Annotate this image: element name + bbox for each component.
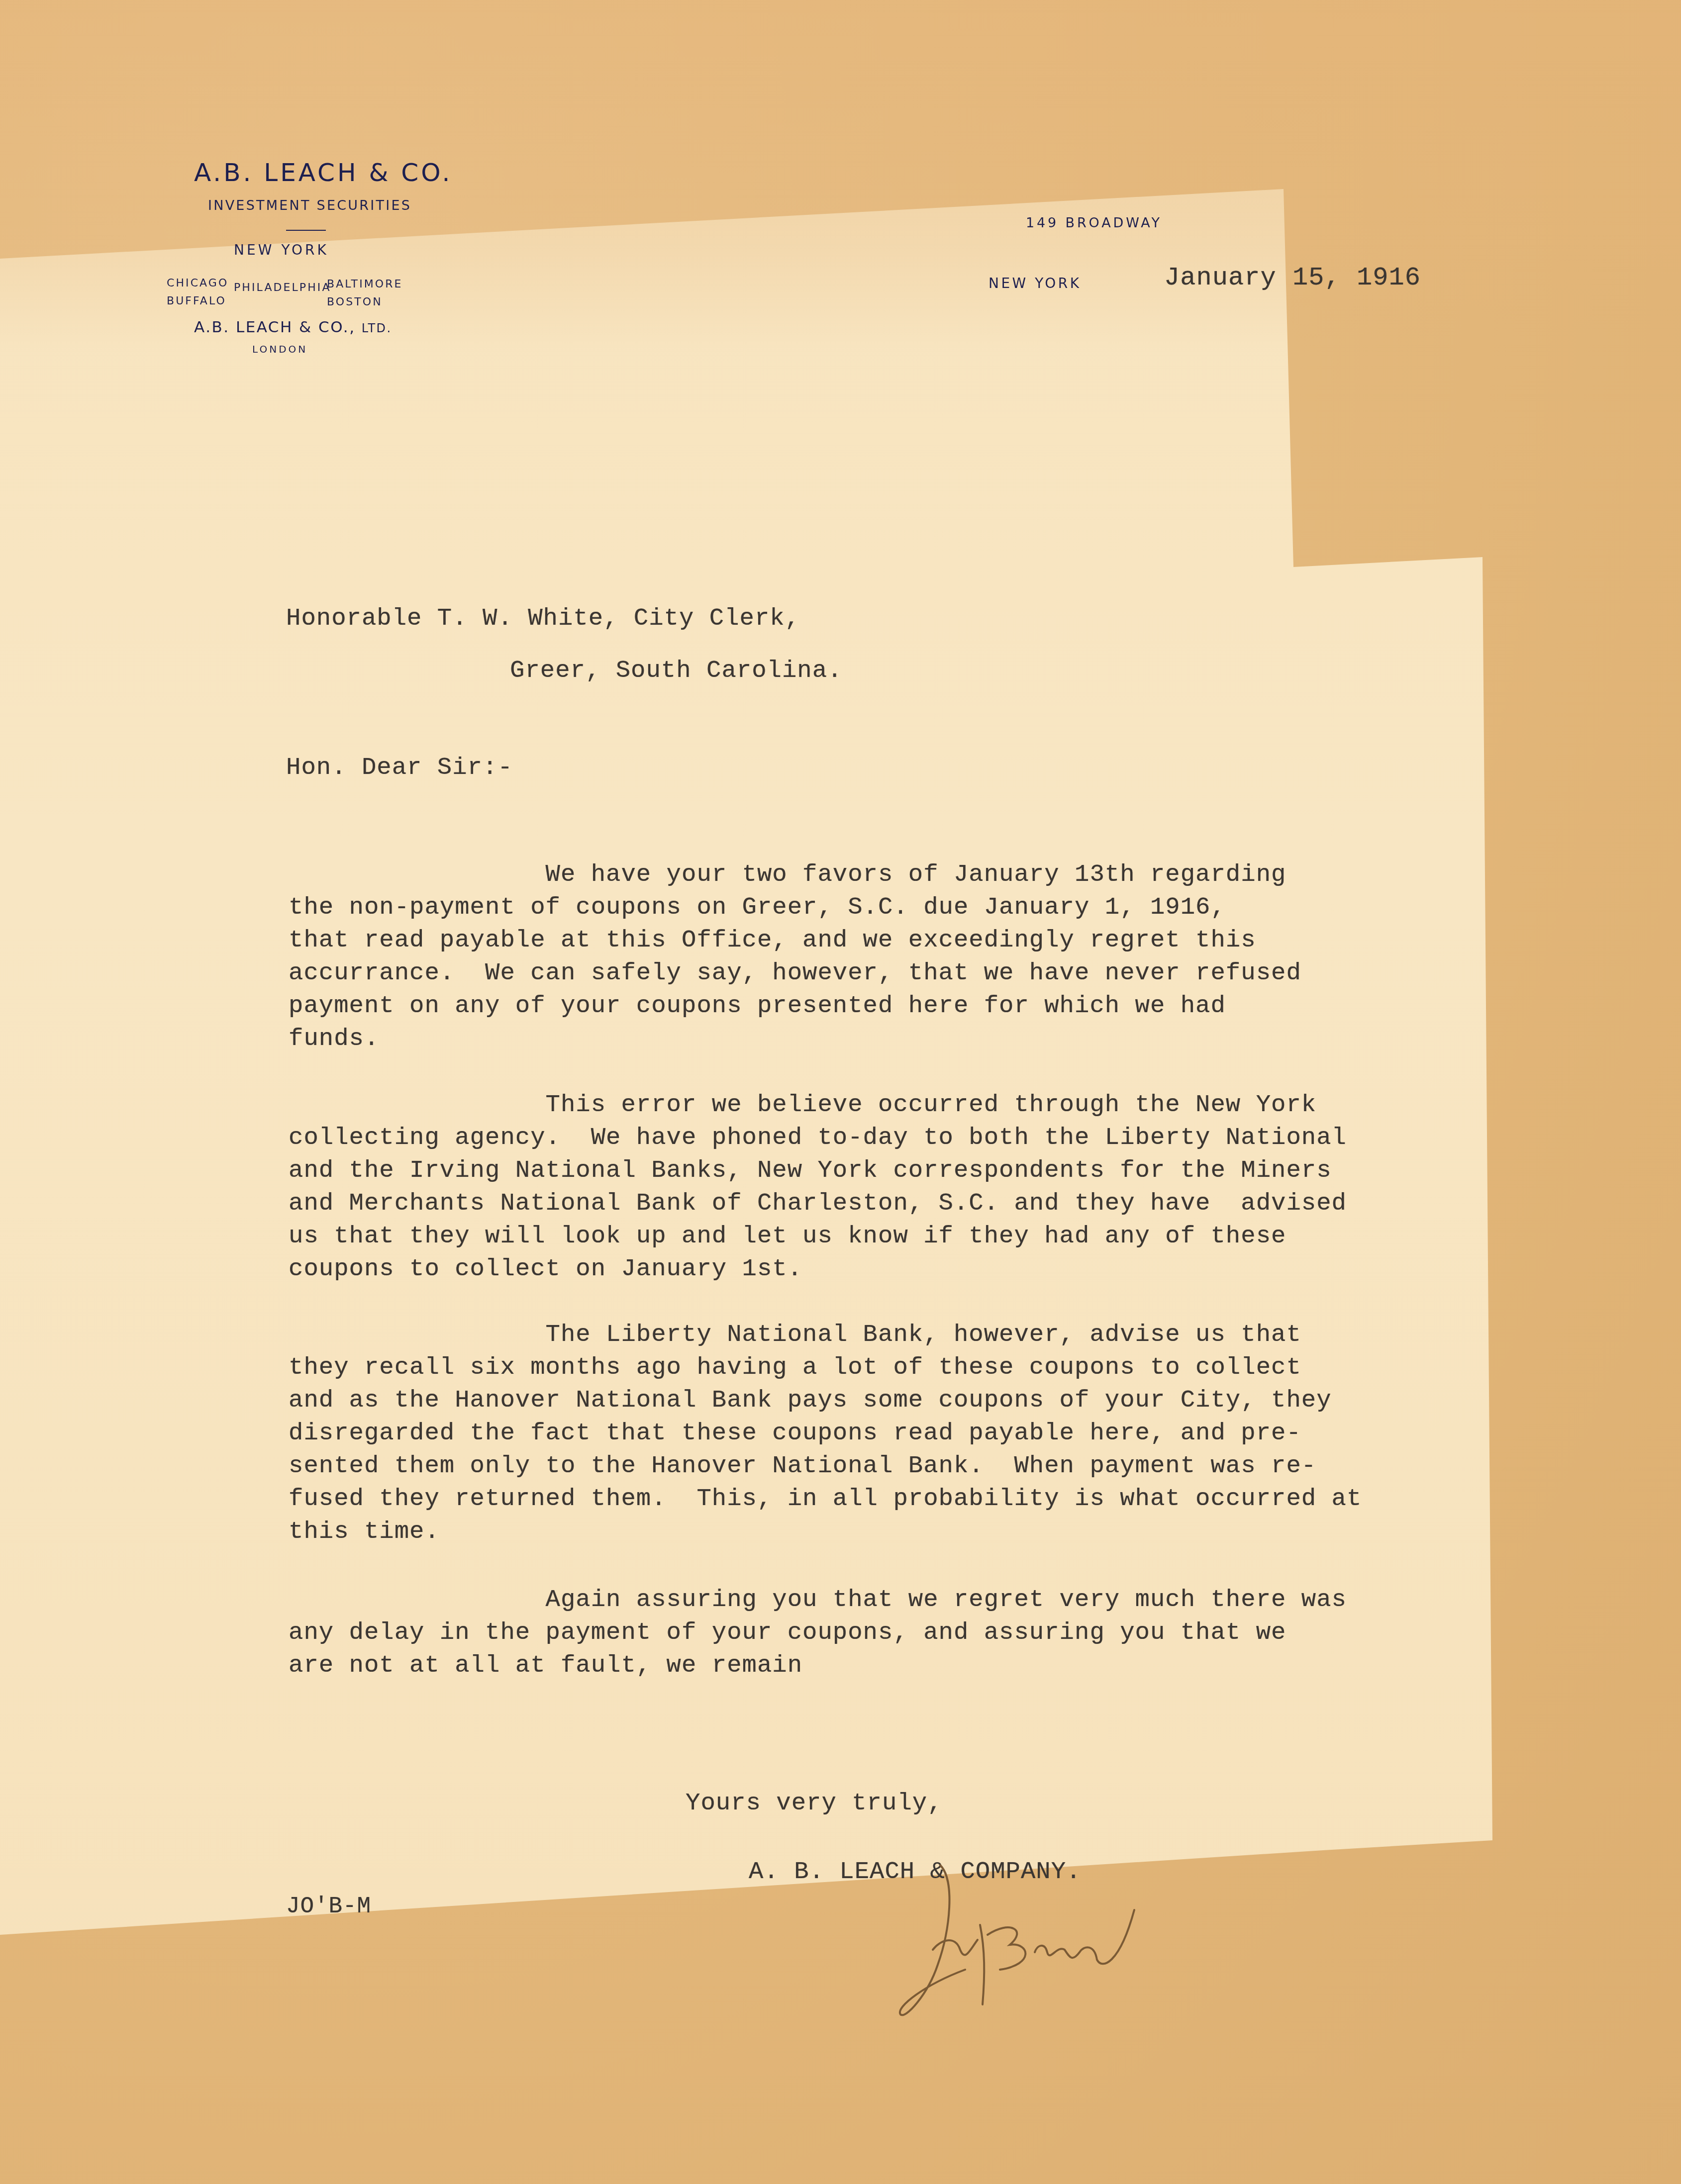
reference-initials: JO'B-M	[286, 1890, 371, 1923]
branch-philadelphia: PHILADELPHIA	[234, 282, 331, 294]
branch-boston: BOSTON	[327, 293, 403, 311]
body-paragraph-4: Again assuring you that we regret very m…	[289, 1583, 1347, 1682]
handwritten-signature-icon	[886, 1850, 1234, 2029]
affiliate-suffix: LTD.	[362, 321, 392, 335]
branch-buffalo: BUFFALO	[167, 292, 228, 310]
affiliate-city: LONDON	[252, 343, 307, 355]
letterhead-tagline: INVESTMENT SECURITIES	[208, 198, 411, 213]
letterhead-branches-left: CHICAGO BUFFALO	[167, 275, 228, 310]
body-paragraph-1: We have your two favors of January 13th …	[289, 858, 1301, 1055]
branch-baltimore: BALTIMORE	[327, 276, 403, 293]
recipient-city: Greer, South Carolina.	[510, 654, 842, 687]
affiliate-name: A.B. LEACH & CO.,	[194, 318, 356, 336]
closing: Yours very truly,	[686, 1787, 943, 1819]
letterhead-firm-name: A.B. LEACH & CO.	[194, 158, 453, 187]
letterhead-branches-right: BALTIMORE BOSTON	[327, 276, 403, 311]
recipient-name: Honorable T. W. White, City Clerk,	[286, 602, 800, 635]
street-address: 149 BROADWAY	[1026, 215, 1162, 231]
body-paragraph-2: This error we believe occurred through t…	[289, 1088, 1347, 1285]
letter-date: January 15, 1916	[1164, 262, 1421, 294]
letterhead-city: NEW YORK	[989, 275, 1082, 291]
letterhead-divider	[286, 230, 326, 231]
letterhead-affiliate: A.B. LEACH & CO., LTD.	[194, 318, 392, 336]
letterhead-head-office: NEW YORK	[234, 242, 329, 258]
salutation: Hon. Dear Sir:-	[286, 751, 513, 784]
branch-chicago: CHICAGO	[167, 275, 228, 292]
body-paragraph-3: The Liberty National Bank, however, advi…	[289, 1318, 1362, 1548]
